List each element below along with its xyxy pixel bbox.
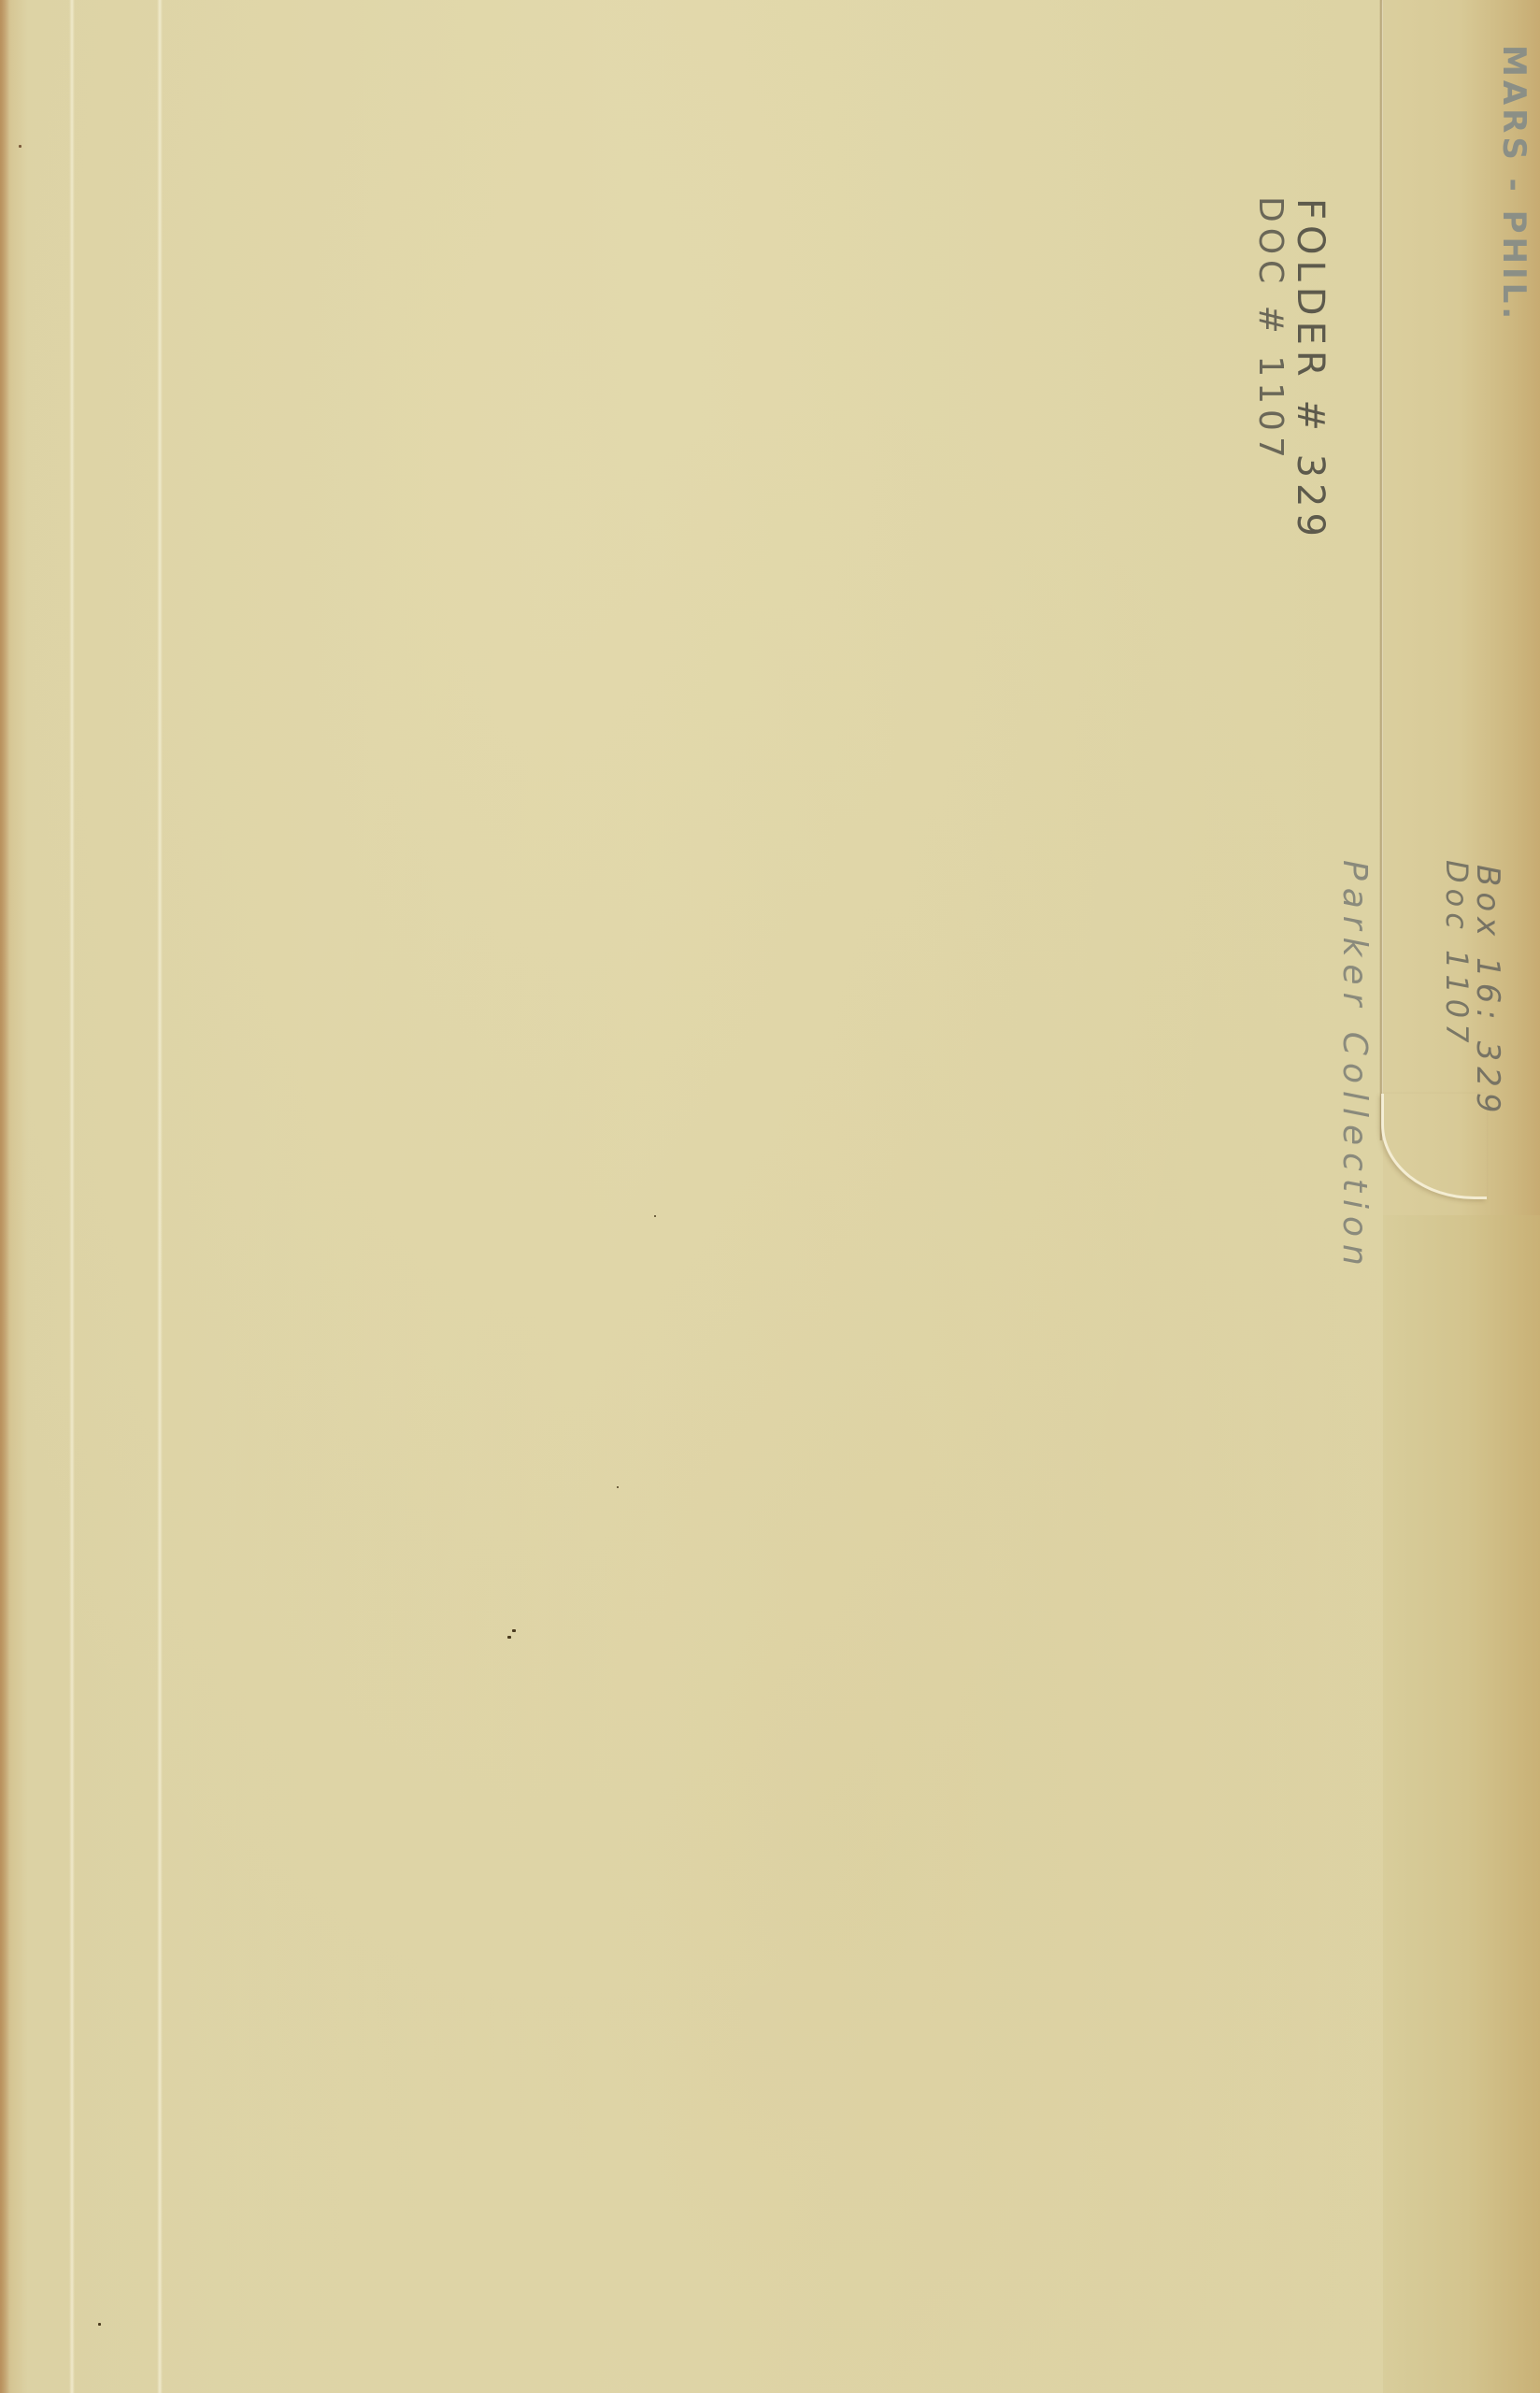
paper-speck <box>654 1215 656 1217</box>
doc-reference: Doc 1107 <box>1439 860 1475 1048</box>
paper-speck <box>512 1629 516 1632</box>
paper-speck <box>98 2323 101 2326</box>
box-reference: Box 16: 329 <box>1469 865 1506 1118</box>
paper-speck <box>617 1486 619 1488</box>
folder-number: FOLDER # 329 <box>1289 198 1332 542</box>
paper-speck <box>507 1636 511 1639</box>
document-number: DOC # 1107 <box>1251 196 1290 464</box>
folder-front-panel <box>0 0 1383 2393</box>
folder-tab-edge <box>1379 0 1383 1140</box>
folder-score-line <box>157 0 163 2393</box>
paper-speck <box>19 145 21 148</box>
collection-label: Parker Collection <box>1335 860 1374 1273</box>
folder-front-lower <box>1383 1215 1540 2393</box>
folder-left-edge-shadow <box>0 0 9 2393</box>
folder-score-line <box>69 0 75 2393</box>
tab-label: MARS - PHIL. <box>1495 45 1533 322</box>
